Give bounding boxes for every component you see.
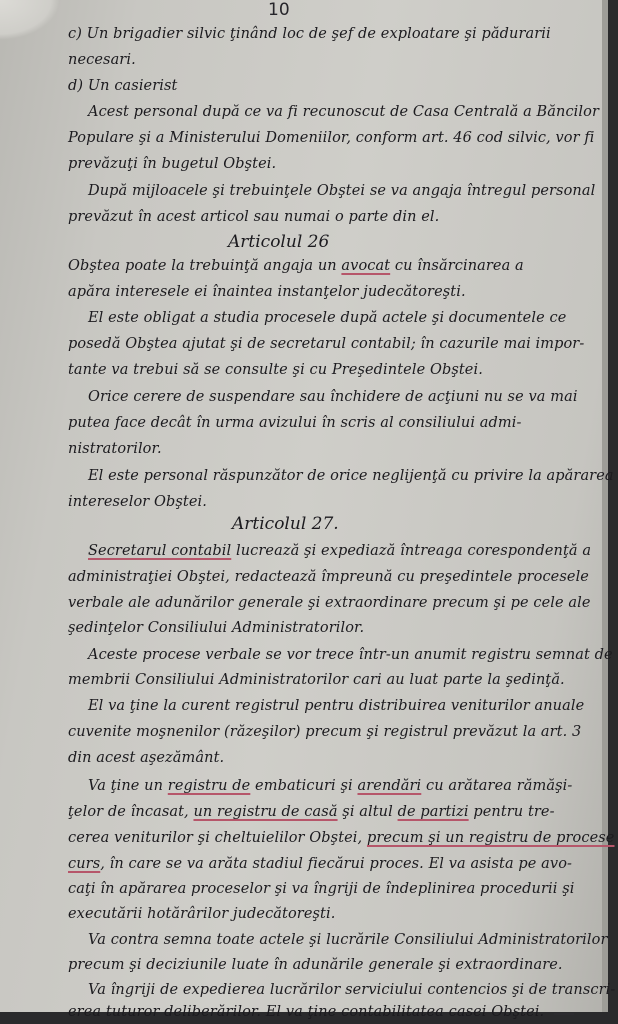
paragraph-line: executării hotărârilor judecătoreşti. [68,906,335,922]
paragraph-line: El este obligat a studia procesele după … [88,310,566,326]
underlined-text: curs [68,856,100,872]
underlined-text: registru de [168,778,251,794]
text-segment: embaticuri şi [250,778,357,794]
text-segment: pentru tre- [469,804,555,820]
paragraph-line: Orice cerere de suspendare sau închidere… [88,389,578,405]
paragraph-line: El va ţine la curent registrul pentru di… [88,698,584,714]
paragraph-line: din acest aşezământ. [68,750,224,766]
manuscript-page: 10 c) Un brigadier silvic ţinând loc de … [0,0,608,1012]
paragraph-line: Va contra semna toate actele şi lucrăril… [88,932,608,948]
underlined-text: un registru de casă [193,804,337,820]
paragraph-line: verbale ale adunărilor generale şi extra… [68,595,591,611]
paragraph-line: apăra interesele ei înaintea instanţelor… [68,284,466,300]
paragraph-line: posedă Obştea ajutat şi de secretarul co… [68,336,584,352]
paragraph-line: El este personal răspunzător de orice ne… [88,468,614,484]
text-segment: Va ţine un [88,778,168,794]
article-26-heading: Articolul 26 [228,232,329,252]
underlined-text: precum şi un registru de procese [367,830,615,846]
paragraph-line: intereselor Obştei. [68,494,207,510]
paragraph-line: După mijloacele şi trebuinţele Obştei se… [88,183,595,199]
text-segment: cu arătarea rămăşi- [421,778,572,794]
paragraph-line: erea tuturor deliberărilor. El va ţine c… [68,1004,544,1020]
paragraph-line: Va ţine un registru de embaticuri şi are… [88,778,572,794]
paragraph-line: membrii Consiliului Administratorilor ca… [68,672,565,688]
item-c-cont: necesari. [68,52,136,68]
paragraph-line: şedinţelor Consiliului Administratorilor… [68,620,364,636]
paragraph-line: nistratorilor. [68,441,162,457]
paragraph-line: ţelor de încasat, un registru de casă şi… [68,804,555,820]
article-27-heading: Articolul 27. [232,514,339,534]
paragraph-line: prevăzut în acest articol sau numai o pa… [68,209,439,225]
item-c: c) Un brigadier silvic ţinând loc de şef… [68,26,551,42]
paragraph-line: Aceste procese verbale se vor trece într… [88,647,613,663]
page-fold [0,0,60,40]
paragraph-line: caţi în apărarea proceselor şi va îngrij… [68,881,575,897]
paragraph-line: tante va trebui să se consulte şi cu Pre… [68,362,483,378]
paragraph-line: prevăzuţi în bugetul Obştei. [68,156,276,172]
paragraph-line: cerea veniturilor şi cheltuielilor Obşte… [68,830,618,846]
paragraph-line: Va îngriji de expedierea lucrărilor serv… [88,982,615,998]
paragraph-line: administraţiei Obştei, redactează împreu… [68,569,589,585]
paragraph-line: curs, în care se va arăta stadiul fiecăr… [68,856,572,872]
text-segment: cerea veniturilor şi cheltuielilor Obşte… [68,830,367,846]
paragraph-line: Acest personal după ce va fi recunoscut … [88,104,599,120]
text-segment: lucrează şi expediază întreaga corespond… [231,543,591,559]
end-dash [554,1013,574,1015]
underlined-text: Secretarul contabil [88,543,231,559]
paragraph-line: cuvenite moşnenilor (răzeşilor) precum ş… [68,724,581,740]
paragraph-line: putea face decât în urma avizului în scr… [68,415,521,431]
page-number: 10 [268,0,290,20]
text-segment: , în care se va arăta stadiul fiecărui p… [100,856,572,872]
underlined-text: de partizi [398,804,469,820]
text-segment: în [614,830,618,846]
paragraph-line: Secretarul contabil lucrează şi expediaz… [88,543,591,559]
underlined-text: avocat [341,258,390,274]
underlined-text: arendări [357,778,421,794]
item-d: d) Un casierist [68,78,177,94]
text-segment: Obştea poate la trebuinţă angaja un [68,258,341,274]
text-segment: şi altul [338,804,398,820]
paragraph-line: Populare şi a Ministerului Domeniilor, c… [68,130,595,146]
text-segment: cu însărcinarea a [390,258,524,274]
paragraph-line: precum şi deciziunile luate în adunările… [68,957,563,973]
text-segment: ţelor de încasat, [68,804,193,820]
paragraph-line: Obştea poate la trebuinţă angaja un avoc… [68,258,524,274]
